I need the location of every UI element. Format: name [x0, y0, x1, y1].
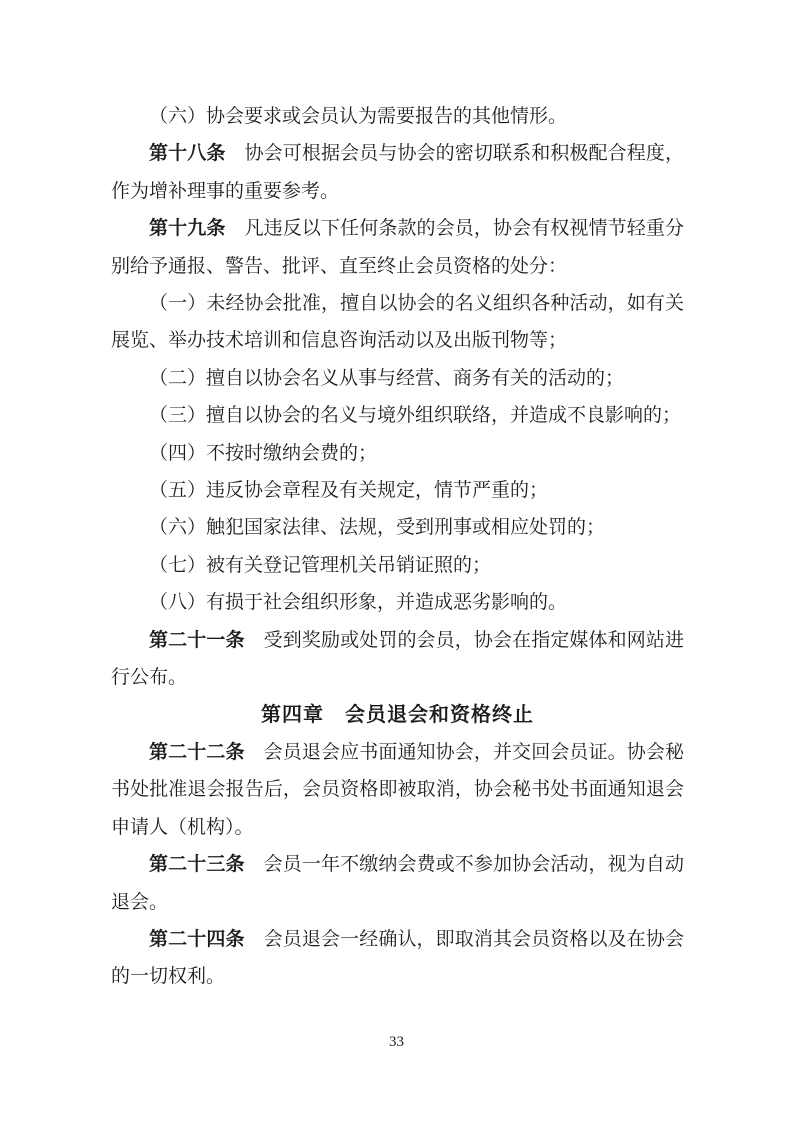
- paragraph: （六）协会要求或会员认为需要报告的其他情形。: [111, 98, 684, 135]
- paragraph: （五）违反协会章程及有关规定，情节严重的；: [111, 472, 684, 509]
- article-number: 第十九条: [149, 218, 225, 239]
- paragraph: 第二十四条 会员退会一经确认，即取消其会员资格以及在协会的一切权利。: [111, 921, 684, 996]
- paragraph: （四）不按时缴纳会费的；: [111, 435, 684, 472]
- paragraph: 第二十二条 会员退会应书面通知协会，并交回会员证。协会秘书处批准退会报告后，会员…: [111, 734, 684, 846]
- paragraph: （一）未经协会批准，擅自以协会的名义组织各种活动，如有关展览、举办技术培训和信息…: [111, 285, 684, 360]
- paragraph: 第二十三条 会员一年不缴纳会费或不参加协会活动，视为自动退会。: [111, 846, 684, 921]
- paragraph: （七）被有关登记管理机关吊销证照的；: [111, 547, 684, 584]
- page-number: 33: [0, 1034, 793, 1051]
- paragraph: （三）擅自以协会的名义与境外组织联络，并造成不良影响的；: [111, 397, 684, 434]
- article-number: 第二十三条: [149, 854, 245, 875]
- paragraph: 第十九条 凡违反以下任何条款的会员，协会有权视情节轻重分别给予通报、警告、批评、…: [111, 210, 684, 285]
- article-number: 第二十四条: [149, 929, 245, 950]
- paragraph: （六）触犯国家法律、法规，受到刑事或相应处罚的；: [111, 509, 684, 546]
- chapter-heading: 第四章 会员退会和资格终止: [111, 697, 684, 734]
- article-number: 第二十一条: [149, 630, 245, 651]
- document-body: （六）协会要求或会员认为需要报告的其他情形。第十八条 协会可根据会员与协会的密切…: [111, 98, 684, 996]
- paragraph: 第二十一条 受到奖励或处罚的会员，协会在指定媒体和网站进行公布。: [111, 622, 684, 697]
- paragraph: （二）擅自以协会名义从事与经营、商务有关的活动的；: [111, 360, 684, 397]
- document-page: （六）协会要求或会员认为需要报告的其他情形。第十八条 协会可根据会员与协会的密切…: [0, 0, 793, 1122]
- article-number: 第十八条: [149, 143, 225, 164]
- article-number: 第二十二条: [149, 742, 245, 763]
- paragraph: 第十八条 协会可根据会员与协会的密切联系和积极配合程度，作为增补理事的重要参考。: [111, 135, 684, 210]
- paragraph: （八）有损于社会组织形象，并造成恶劣影响的。: [111, 584, 684, 621]
